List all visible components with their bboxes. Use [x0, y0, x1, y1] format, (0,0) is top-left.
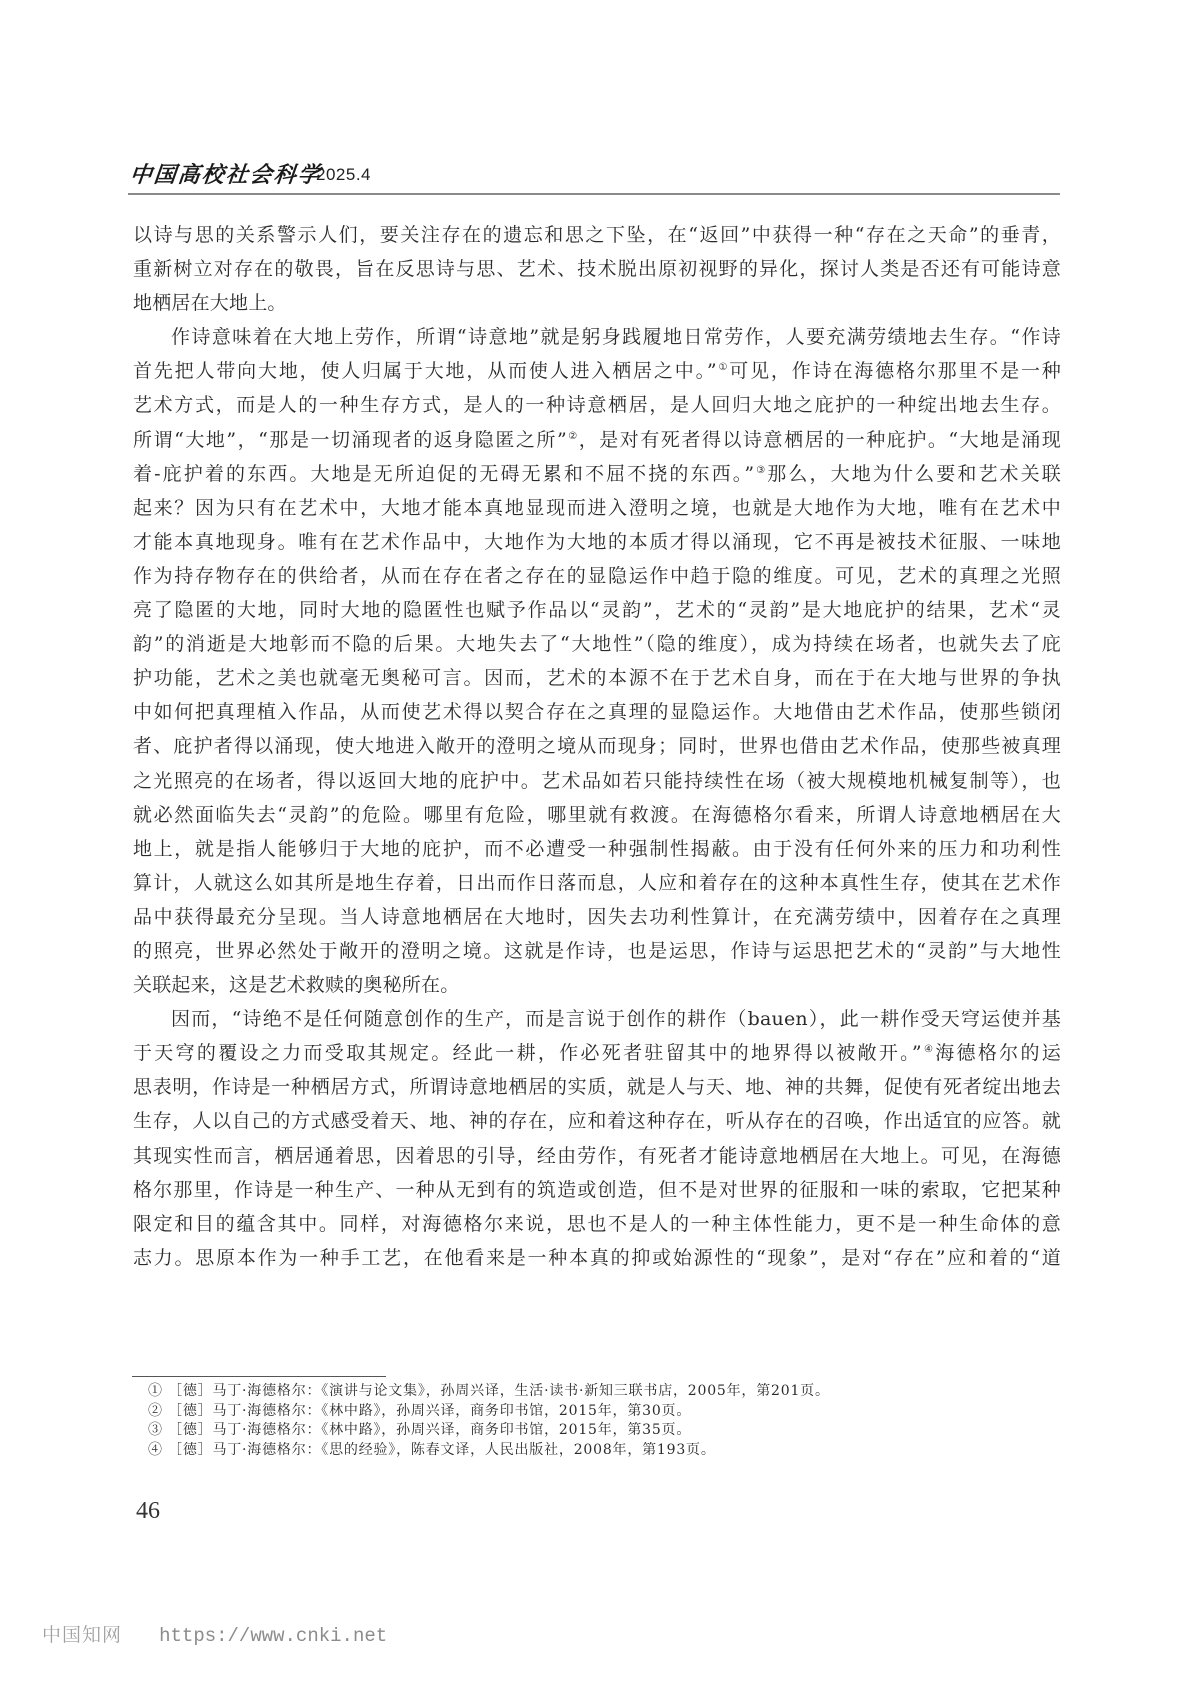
body-line: 所谓“大地”，“那是一切涌现者的返身隐匿之所”②，是对有死者得以诗意栖居的一种庇… — [133, 423, 1061, 457]
footnote-rule — [132, 1376, 386, 1377]
body-line: 其现实性而言，栖居通着思，因着思的引导，经由劳作，有死者才能诗意地栖居在大地上。… — [133, 1139, 1061, 1173]
body-line: 品中获得最充分呈现。当人诗意地栖居在大地时，因失去功利性算计，在充满劳绩中，因着… — [133, 900, 1061, 934]
page-number: 46 — [136, 1498, 160, 1525]
footnote-3: ③ ［德］马丁·海德格尔：《林中路》，孙周兴译，商务印书馆，2015年，第35页… — [148, 1421, 1048, 1441]
body-line: 作为持存物存在的供给者，从而在存在者之存在的显隐运作中趋于隐的维度。可见，艺术的… — [133, 559, 1061, 593]
body-line: 重新树立对存在的敬畏，旨在反思诗与思、艺术、技术脱出原初视野的异化，探讨人类是否… — [133, 252, 1061, 286]
footnote-ref-4[interactable]: ④ — [922, 1044, 935, 1055]
footnote-ref-2[interactable]: ② — [567, 431, 579, 442]
body-line: 格尔那里，作诗是一种生产、一种从无到有的筑造或创造，但不是对世界的征服和一味的索… — [133, 1173, 1061, 1207]
body-line: 地栖居在大地上。 — [133, 286, 1061, 320]
journal-title: 中国高校社会科学 — [128, 158, 323, 189]
footnote-ref-1[interactable]: ① — [717, 362, 729, 373]
body-line: 就必然面临失去“灵韵”的危险。哪里有危险，哪里就有救渡。在海德格尔看来，所谓人诗… — [133, 798, 1061, 832]
watermark-url-link[interactable]: https://www.cnki.net — [159, 1625, 387, 1647]
body-line: 限定和目的蕴含其中。同样，对海德格尔来说，思也不是人的一种主体性能力，更不是一种… — [133, 1207, 1061, 1241]
body-line: 起来？因为只有在艺术中，大地才能本真地显现而进入澄明之境，也就是大地作为大地，唯… — [133, 491, 1061, 525]
body-line: 艺术方式，而是人的一种生存方式，是人的一种诗意栖居，是人回归大地之庇护的一种绽出… — [133, 388, 1061, 422]
body-line: 亮了隐匿的大地，同时大地的隐匿性也赋予作品以“灵韵”，艺术的“灵韵”是大地庇护的… — [133, 593, 1061, 627]
footnote-ref-3[interactable]: ③ — [754, 465, 767, 476]
journal-issue: 2025.4 — [316, 165, 371, 185]
body-line: 首先把人带向大地，使人归属于大地，从而使人进入栖居之中。”①可见，作诗在海德格尔… — [133, 354, 1061, 388]
body-line: 于天穹的覆设之力而受取其规定。经此一耕，作必死者驻留其中的地界得以被敞开。”④海… — [133, 1036, 1061, 1070]
body-line: 着-庇护着的东西。大地是无所迫促的无碍无累和不屈不挠的东西。”③那么，大地为什么… — [133, 457, 1061, 491]
watermark-site-name: 中国知网 — [42, 1620, 122, 1647]
body-line: 志力。思原本作为一种手工艺，在他看来是一种本真的抑或始源性的“现象”，是对“存在… — [133, 1241, 1061, 1275]
body-line: 护功能，艺术之美也就毫无奥秘可言。因而，艺术的本源不在于艺术自身，而在于在大地与… — [133, 661, 1061, 695]
body-line: 关联起来，这是艺术救赎的奥秘所在。 — [133, 968, 1061, 1002]
body-line: 地上，就是指人能够归于大地的庇护，而不必遭受一种强制性揭蔽。由于没有任何外来的压… — [133, 832, 1061, 866]
body-line: 之光照亮的在场者，得以返回大地的庇护中。艺术品如若只能持续性在场（被大规模地机械… — [133, 764, 1061, 798]
body-line: 算计，人就这么如其所是地生存着，日出而作日落而息，人应和着存在的这种本真性生存，… — [133, 866, 1061, 900]
paragraph-start: 因而，“诗绝不是任何随意创作的生产，而是言说于创作的耕作（bauen），此一耕作… — [133, 1002, 1061, 1036]
footnote-2: ② ［德］马丁·海德格尔：《林中路》，孙周兴译，商务印书馆，2015年，第30页… — [148, 1402, 1048, 1422]
footnote-4: ④ ［德］马丁·海德格尔：《思的经验》，陈春文译，人民出版社，2008年，第19… — [148, 1441, 1048, 1461]
body-line: 思表明，作诗是一种栖居方式，所谓诗意地栖居的实质，就是人与天、地、神的共舞，促使… — [133, 1070, 1061, 1104]
body-line: 才能本真地现身。唯有在艺术作品中，大地作为大地的本质才得以涌现，它不再是被技术征… — [133, 525, 1061, 559]
footnote-1: ① ［德］马丁·海德格尔：《演讲与论文集》，孙周兴译，生活·读书·新知三联书店，… — [148, 1382, 1048, 1402]
watermark: 中国知网 https://www.cnki.net — [42, 1620, 387, 1650]
body-line: 生存，人以自己的方式感受着天、地、神的存在，应和着这种存在，听从存在的召唤，作出… — [133, 1104, 1061, 1138]
paragraph-start: 作诗意味着在大地上劳作，所谓“诗意地”就是躬身践履地日常劳作，人要充满劳绩地去生… — [133, 320, 1061, 354]
header-rule — [128, 193, 1060, 195]
body-line: 的照亮，世界必然处于敞开的澄明之境。这就是作诗，也是运思，作诗与运思把艺术的“灵… — [133, 934, 1061, 968]
article-body: 以诗与思的关系警示人们，要关注存在的遗忘和思之下坠，在“返回”中获得一种“存在之… — [133, 218, 1061, 1275]
body-line: 中如何把真理植入作品，从而使艺术得以契合存在之真理的显隐运作。大地借由艺术作品，… — [133, 695, 1061, 729]
footnotes: ① ［德］马丁·海德格尔：《演讲与论文集》，孙周兴译，生活·读书·新知三联书店，… — [148, 1382, 1048, 1460]
body-line: 韵”的消逝是大地彰而不隐的后果。大地失去了“大地性”（隐的维度），成为持续在场者… — [133, 627, 1061, 661]
body-line: 以诗与思的关系警示人们，要关注存在的遗忘和思之下坠，在“返回”中获得一种“存在之… — [133, 218, 1061, 252]
body-line: 者、庇护者得以涌现，使大地进入敞开的澄明之境从而现身；同时，世界也借由艺术作品，… — [133, 729, 1061, 763]
running-header: 中国高校社会科学 2025.4 — [130, 158, 1060, 192]
